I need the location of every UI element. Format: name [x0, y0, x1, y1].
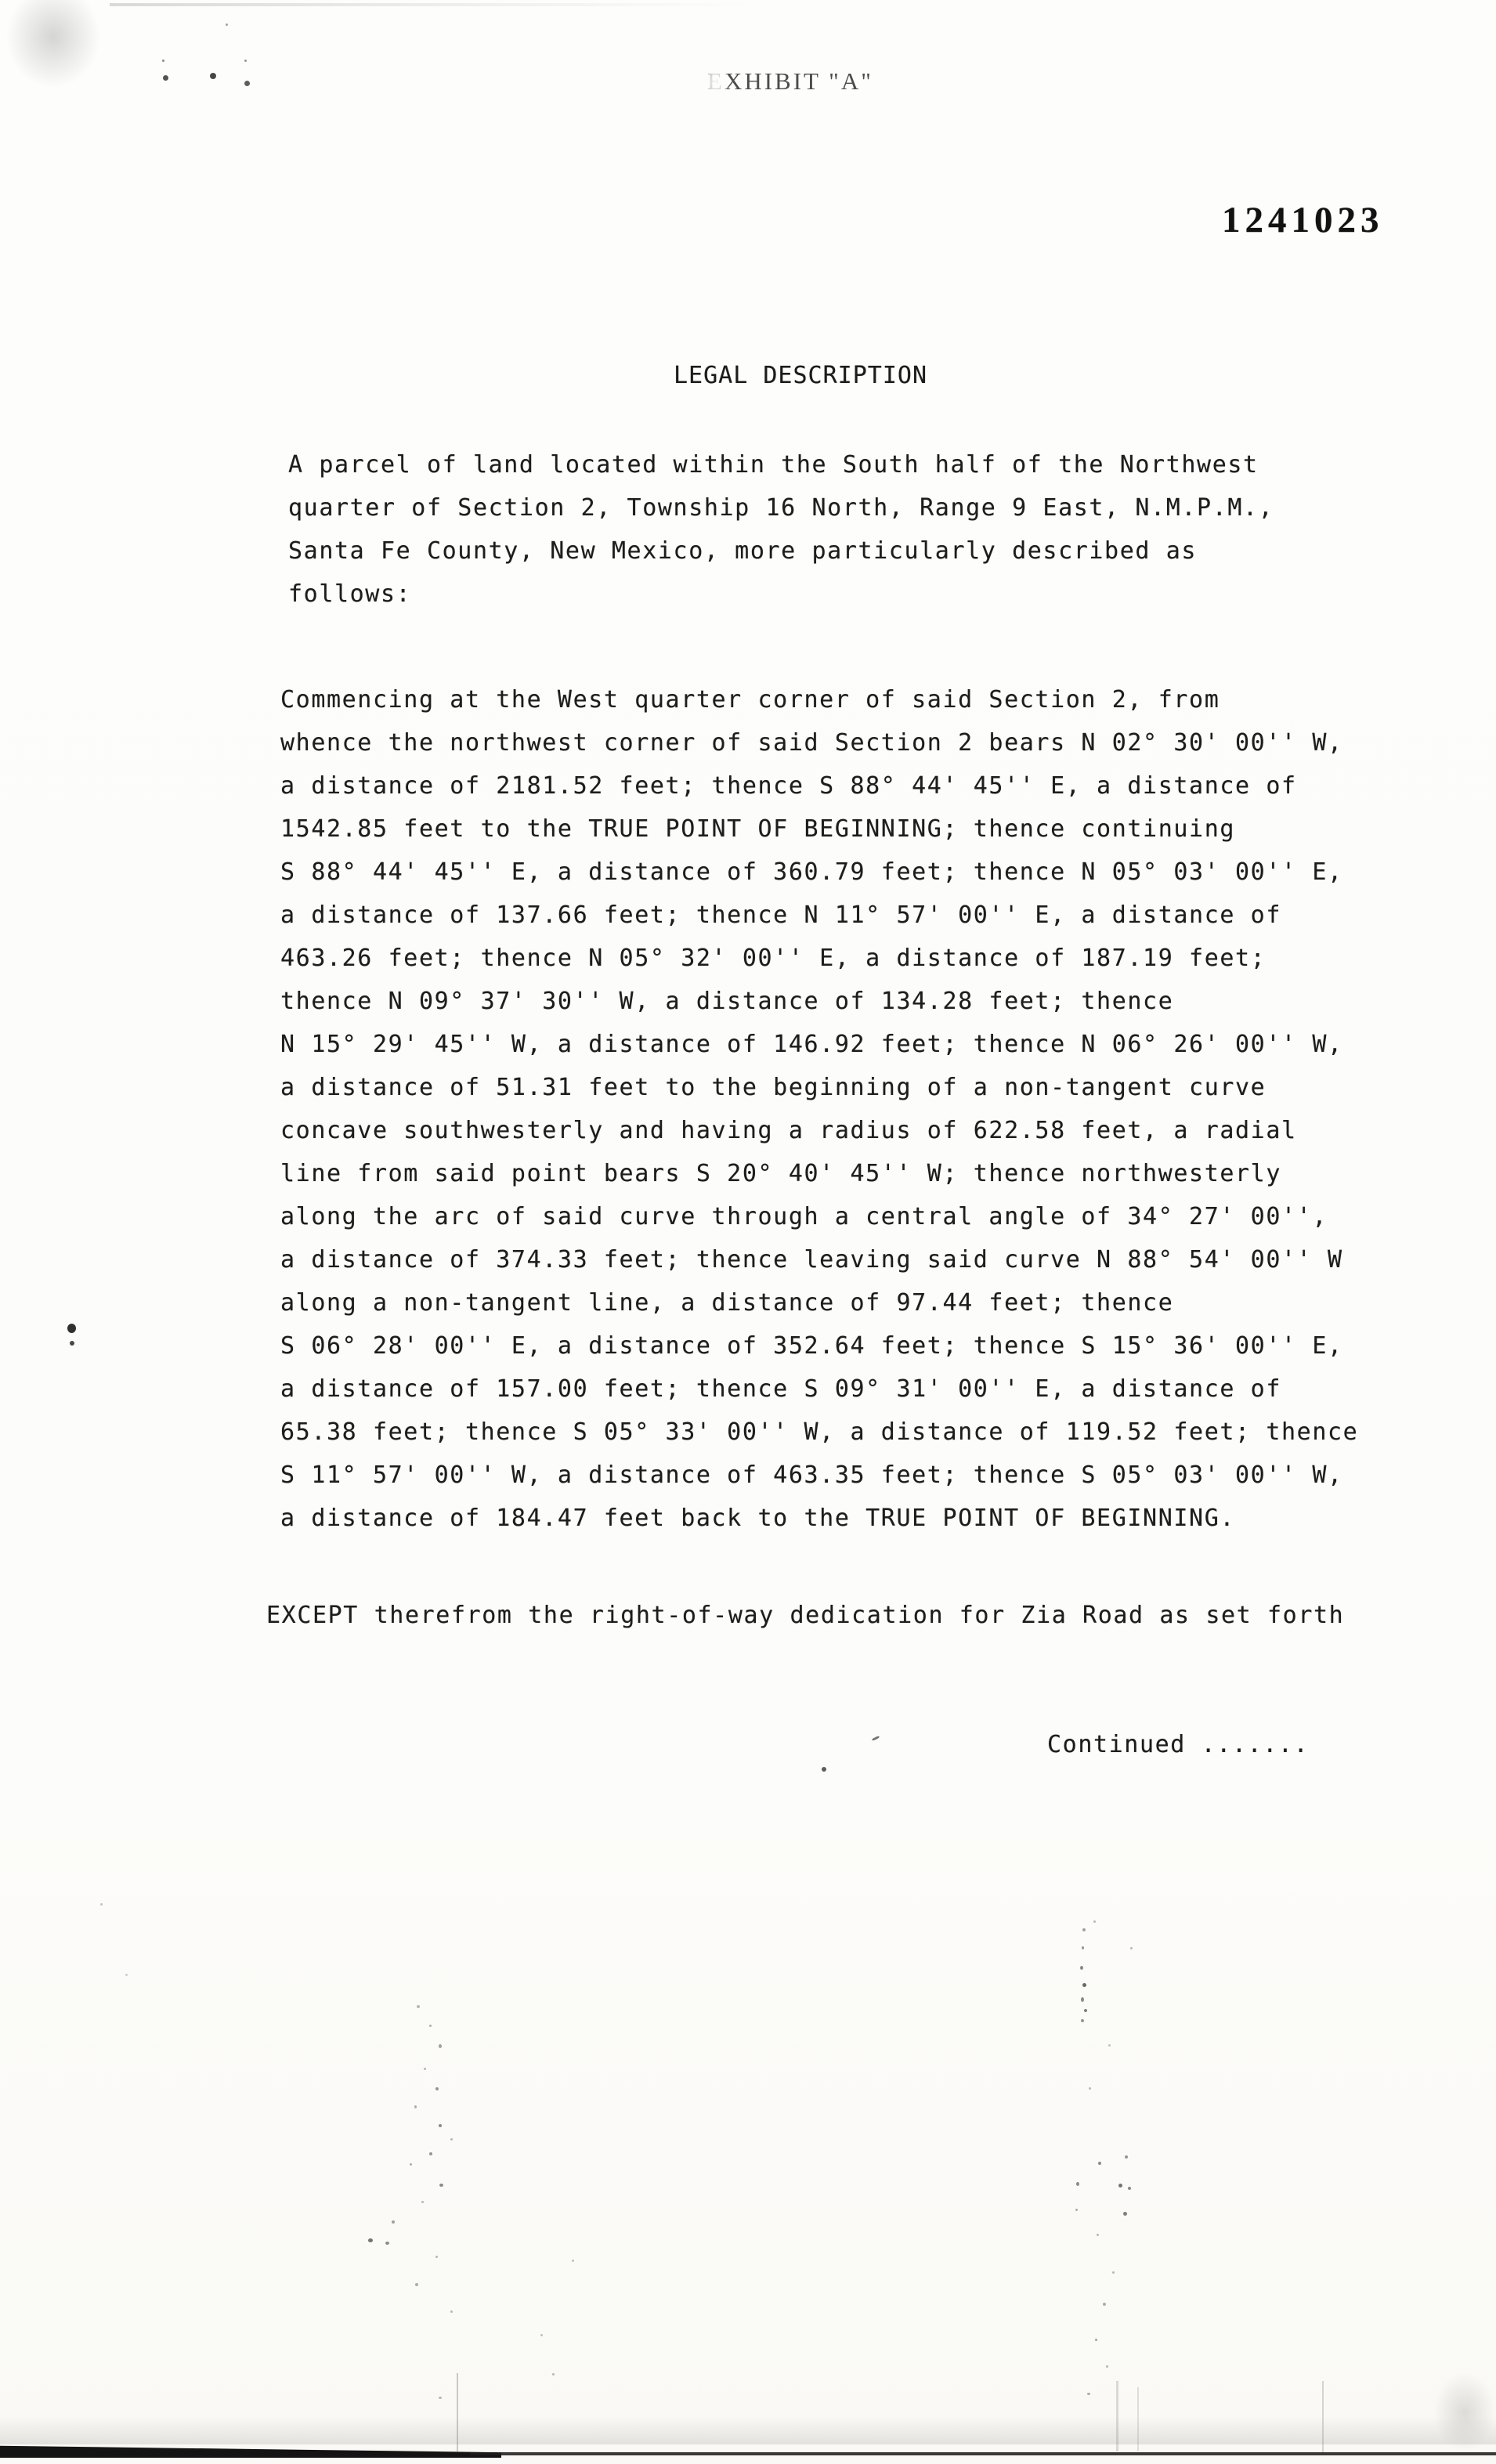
- scan-speckle-artifact: [1128, 2187, 1131, 2190]
- scan-speckle-artifact: [392, 2220, 395, 2224]
- legal-description-paragraph: Commencing at the West quarter corner of…: [280, 678, 1358, 1540]
- scan-speckle-artifact: [1080, 1966, 1083, 1970]
- scan-speckle-artifact: [435, 2256, 438, 2258]
- text-line: a distance of 137.66 feet; thence N 11° …: [280, 894, 1358, 937]
- scan-fade-artifact: [702, 64, 730, 100]
- text-line: a distance of 157.00 feet; thence S 09° …: [280, 1367, 1358, 1411]
- except-paragraph: EXCEPT therefrom the right-of-way dedica…: [266, 1594, 1344, 1637]
- text-line: whence the northwest corner of said Sect…: [280, 721, 1358, 764]
- scan-streak-artifact: [110, 3, 752, 6]
- scan-speckle-artifact: [125, 1974, 128, 1976]
- scan-speckle-artifact: [415, 2283, 418, 2286]
- scan-speckle-artifact: [226, 23, 228, 26]
- text-line: a distance of 51.31 feet to the beginnin…: [280, 1066, 1358, 1109]
- text-line: 65.38 feet; thence S 05° 33' 00'' W, a d…: [280, 1411, 1358, 1454]
- scan-speckle-artifact: [439, 2397, 442, 2399]
- scan-speckle-artifact: [244, 60, 247, 62]
- scan-speckle-artifact: [368, 2238, 373, 2242]
- scan-smudge-artifact: [1433, 2373, 1496, 2451]
- scan-edge-band: [470, 2452, 1496, 2455]
- intro-paragraph: A parcel of land located within the Sout…: [288, 443, 1274, 616]
- scan-speckle-artifact: [439, 2184, 443, 2187]
- text-line: along the arc of said curve through a ce…: [280, 1195, 1358, 1238]
- scan-speckle-artifact: [210, 73, 216, 79]
- scan-speckle-artifact: [1130, 1947, 1133, 1949]
- scan-speckle-artifact: [1082, 1946, 1084, 1949]
- scan-speckle-artifact: [1082, 1928, 1086, 1931]
- scan-streak-artifact: [457, 2373, 458, 2451]
- scan-speckle-artifact: [162, 60, 164, 62]
- scan-streak-artifact: [1116, 2381, 1118, 2451]
- text-line: S 11° 57' 00'' W, a distance of 463.35 f…: [280, 1454, 1358, 1497]
- scan-speckle-artifact: [1081, 1997, 1084, 2002]
- scan-speckle-artifact: [1095, 2339, 1097, 2341]
- scan-speckle-artifact: [439, 2044, 442, 2048]
- text-line: a distance of 184.47 feet back to the TR…: [280, 1497, 1358, 1540]
- scan-speckle-artifact: [1087, 2393, 1090, 2395]
- text-line: Santa Fe County, New Mexico, more partic…: [288, 529, 1274, 573]
- text-line: a distance of 2181.52 feet; thence S 88°…: [280, 764, 1358, 807]
- text-line: follows:: [288, 573, 1274, 616]
- scan-speckle-artifact: [1125, 2155, 1128, 2159]
- scan-speckle-artifact: [435, 2087, 439, 2090]
- scan-speckle-artifact: [1076, 2182, 1079, 2186]
- scan-speckle-artifact: [450, 2310, 453, 2313]
- page-title: LEGAL DESCRIPTION: [674, 362, 927, 389]
- scan-edge-band: [0, 2444, 501, 2458]
- scan-speckle-artifact: [1123, 2212, 1127, 2216]
- document-number: 1241023: [1222, 199, 1384, 241]
- scan-speckle-artifact: [429, 2152, 432, 2155]
- scan-speckle-artifact: [421, 2201, 424, 2203]
- scan-speckle-artifact: [1081, 2019, 1084, 2022]
- scan-speckle-artifact: [1075, 2209, 1078, 2211]
- text-line: A parcel of land located within the Sout…: [288, 443, 1274, 486]
- scan-speckle-artifact: [1082, 1983, 1086, 1987]
- scan-speckle-artifact: [822, 1767, 826, 1772]
- scan-speckle-artifact: [67, 1324, 76, 1333]
- text-line: S 88° 44' 45'' E, a distance of 360.79 f…: [280, 851, 1358, 894]
- scan-speckle-artifact: [163, 75, 168, 81]
- scanned-legal-document-page: EXHIBIT "A" 1241023 LEGAL DESCRIPTION A …: [0, 0, 1496, 2464]
- text-line: line from said point bears S 20° 40' 45'…: [280, 1152, 1358, 1195]
- scan-speckle-artifact: [1103, 2303, 1106, 2306]
- scan-speckle-artifact: [410, 2163, 412, 2166]
- scan-speckle-artifact: [417, 2005, 420, 2008]
- text-line: S 06° 28' 00'' E, a distance of 352.64 f…: [280, 1324, 1358, 1367]
- text-line: Commencing at the West quarter corner of…: [280, 678, 1358, 721]
- scan-speckle-artifact: [429, 2025, 432, 2027]
- scan-speckle-artifact: [1093, 1920, 1096, 1923]
- scan-speckle-artifact: [1084, 2009, 1087, 2012]
- exhibit-label: EXHIBIT "A": [707, 67, 873, 96]
- text-line: quarter of Section 2, Township 16 North,…: [288, 486, 1274, 529]
- scan-speckle-artifact: [552, 2373, 555, 2375]
- text-line: N 15° 29' 45'' W, a distance of 146.92 f…: [280, 1023, 1358, 1066]
- scan-speckle-artifact: [1097, 2234, 1099, 2236]
- scan-speckle-artifact: [572, 2260, 574, 2262]
- text-line: thence N 09° 37' 30'' W, a distance of 1…: [280, 980, 1358, 1023]
- scan-speckle-artifact: [439, 2124, 442, 2127]
- scan-smudge-artifact: [6, 0, 100, 88]
- scan-speckle-artifact: [1089, 2087, 1091, 2090]
- text-line: along a non-tangent line, a distance of …: [280, 1281, 1358, 1324]
- scan-speckle-artifact: [100, 1903, 103, 1906]
- scan-streak-artifact: [1137, 2387, 1139, 2451]
- scan-speckle-artifact: [1098, 2162, 1101, 2165]
- scan-speckle-artifact: [540, 2334, 543, 2336]
- scan-speckle-artifact: [385, 2242, 389, 2245]
- scan-speckle-artifact: [872, 1736, 880, 1741]
- scan-speckle-artifact: [414, 2105, 417, 2108]
- scan-speckle-artifact: [1106, 2365, 1108, 2368]
- continued-note: Continued .......: [1047, 1731, 1309, 1758]
- text-line: a distance of 374.33 feet; thence leavin…: [280, 1238, 1358, 1281]
- scan-speckle-artifact: [1112, 2271, 1115, 2274]
- scan-speckle-artifact: [244, 81, 250, 86]
- scan-speckle-artifact: [424, 2068, 426, 2070]
- text-line: concave southwesterly and having a radiu…: [280, 1109, 1358, 1152]
- scan-speckle-artifact: [1108, 2044, 1111, 2047]
- scan-bottom-haze: [0, 2416, 1496, 2444]
- text-line: 463.26 feet; thence N 05° 32' 00'' E, a …: [280, 937, 1358, 980]
- text-line: 1542.85 feet to the TRUE POINT OF BEGINN…: [280, 807, 1358, 851]
- scan-speckle-artifact: [70, 1341, 74, 1346]
- scan-speckle-artifact: [1118, 2184, 1122, 2188]
- scan-streak-artifact: [1322, 2381, 1324, 2453]
- scan-speckle-artifact: [450, 2138, 453, 2141]
